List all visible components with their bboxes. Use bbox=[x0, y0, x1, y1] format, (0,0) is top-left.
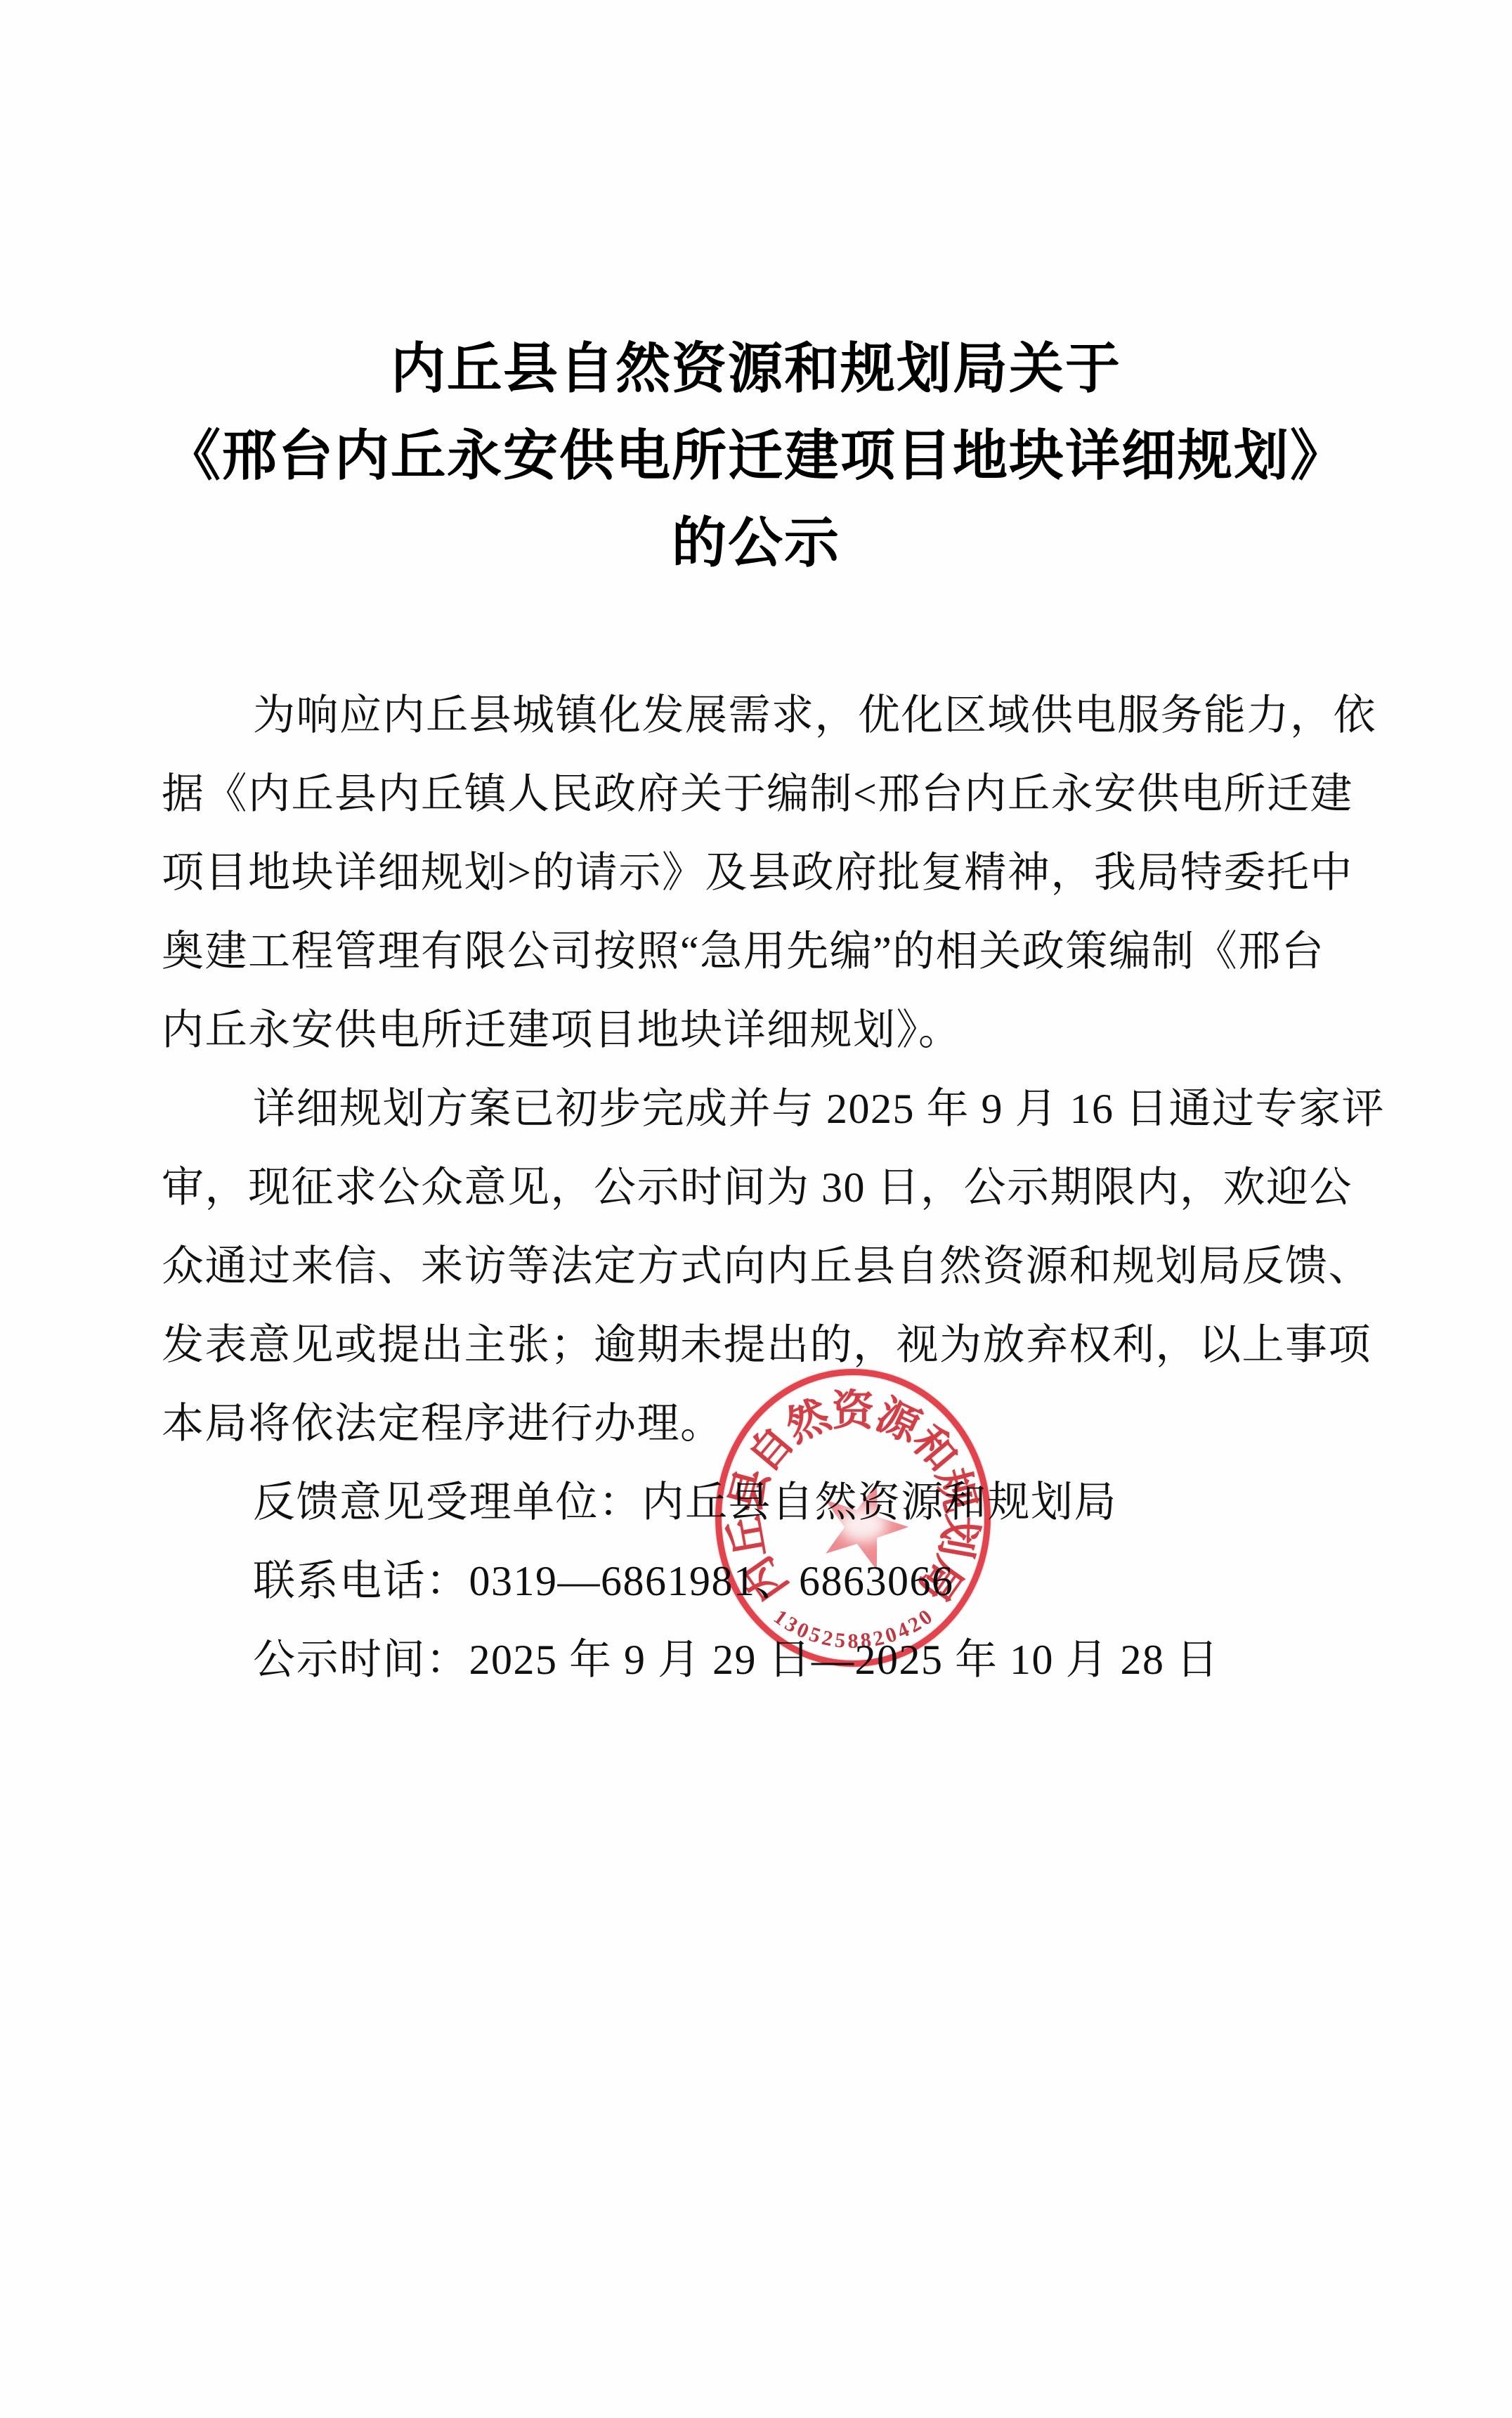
body-line: 审，现征求公众意见，公示时间为 30 日，公示期限内，欢迎公 bbox=[162, 1148, 1367, 1227]
body-line: 详细规划方案已初步完成并与 2025 年 9 月 16 日通过专家评 bbox=[162, 1070, 1367, 1148]
title-line-1: 内丘县自然资源和规划局关于 bbox=[0, 325, 1512, 412]
body-line: 众通过来信、来访等法定方式向内丘县自然资源和规划局反馈、 bbox=[162, 1227, 1367, 1306]
body-line: 内丘永安供电所迁建项目地块详细规划》。 bbox=[162, 991, 1367, 1070]
star-highlight bbox=[838, 1506, 887, 1542]
title-line-3: 的公示 bbox=[0, 499, 1512, 586]
seal-ring-char: 资 bbox=[830, 1387, 875, 1435]
notice-title: 内丘县自然资源和规划局关于 《邢台内丘永安供电所迁建项目地块详细规划》 的公示 bbox=[0, 325, 1512, 586]
body-line: 项目地块详细规划>的请示》及县政府批复精神，我局特委托中 bbox=[162, 833, 1367, 912]
title-line-2: 《邢台内丘永安供电所迁建项目地块详细规划》 bbox=[0, 412, 1512, 499]
body-line: 据《内丘县内丘镇人民政府关于编制<邢台内丘永安供电所迁建 bbox=[162, 755, 1367, 833]
document-page: 内丘县自然资源和规划局关于 《邢台内丘永安供电所迁建项目地块详细规划》 的公示 … bbox=[0, 0, 1512, 2418]
official-seal: 内 丘 县 自 然 资 源 和 规 划 局 1 3 0 5 2 5 8 8 2 … bbox=[715, 1369, 991, 1667]
body-line: 为响应内丘县城镇化发展需求，优化区域供电服务能力，依 bbox=[162, 676, 1367, 755]
body-line: 奥建工程管理有限公司按照“急用先编”的相关政策编制《邢台 bbox=[162, 912, 1367, 991]
